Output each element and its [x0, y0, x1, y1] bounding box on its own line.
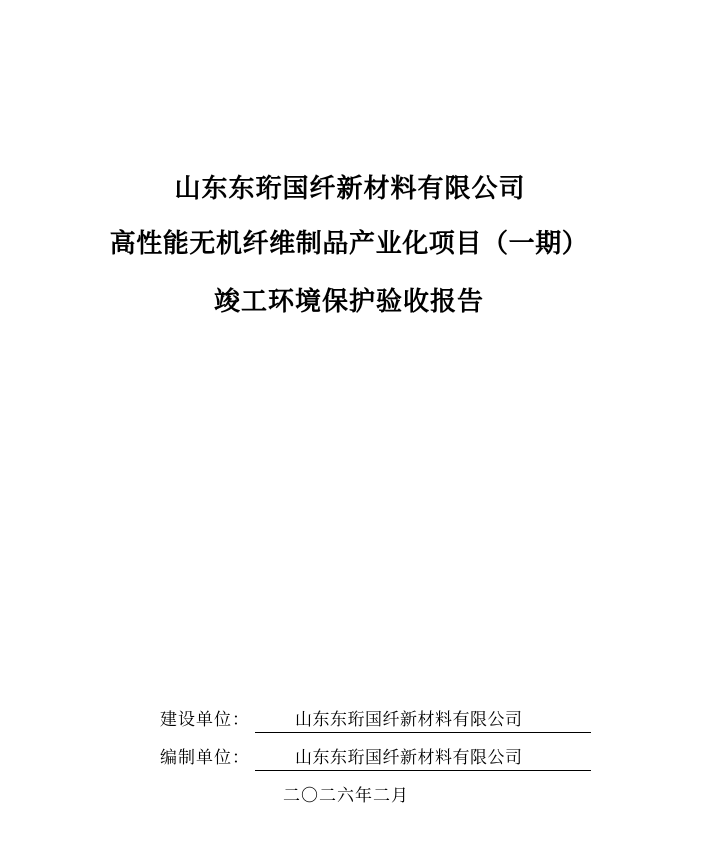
- compiling-unit-underline: 山东东珩国纤新材料有限公司: [255, 745, 591, 771]
- construction-unit-underline: 山东东珩国纤新材料有限公司: [255, 707, 591, 733]
- report-date: 二〇二六年二月: [283, 783, 409, 809]
- compiling-unit-value: 山东东珩国纤新材料有限公司: [295, 745, 523, 771]
- construction-unit-value: 山东东珩国纤新材料有限公司: [295, 707, 523, 733]
- title-report-type: 竣工环境保护验收报告: [0, 285, 702, 319]
- title-project: 高性能无机纤维制品产业化项目（一期）: [0, 227, 702, 261]
- compiling-unit-label: 编制单位：: [160, 745, 250, 771]
- title-company: 山东东珩国纤新材料有限公司: [0, 172, 703, 206]
- construction-unit-label: 建设单位：: [160, 707, 250, 733]
